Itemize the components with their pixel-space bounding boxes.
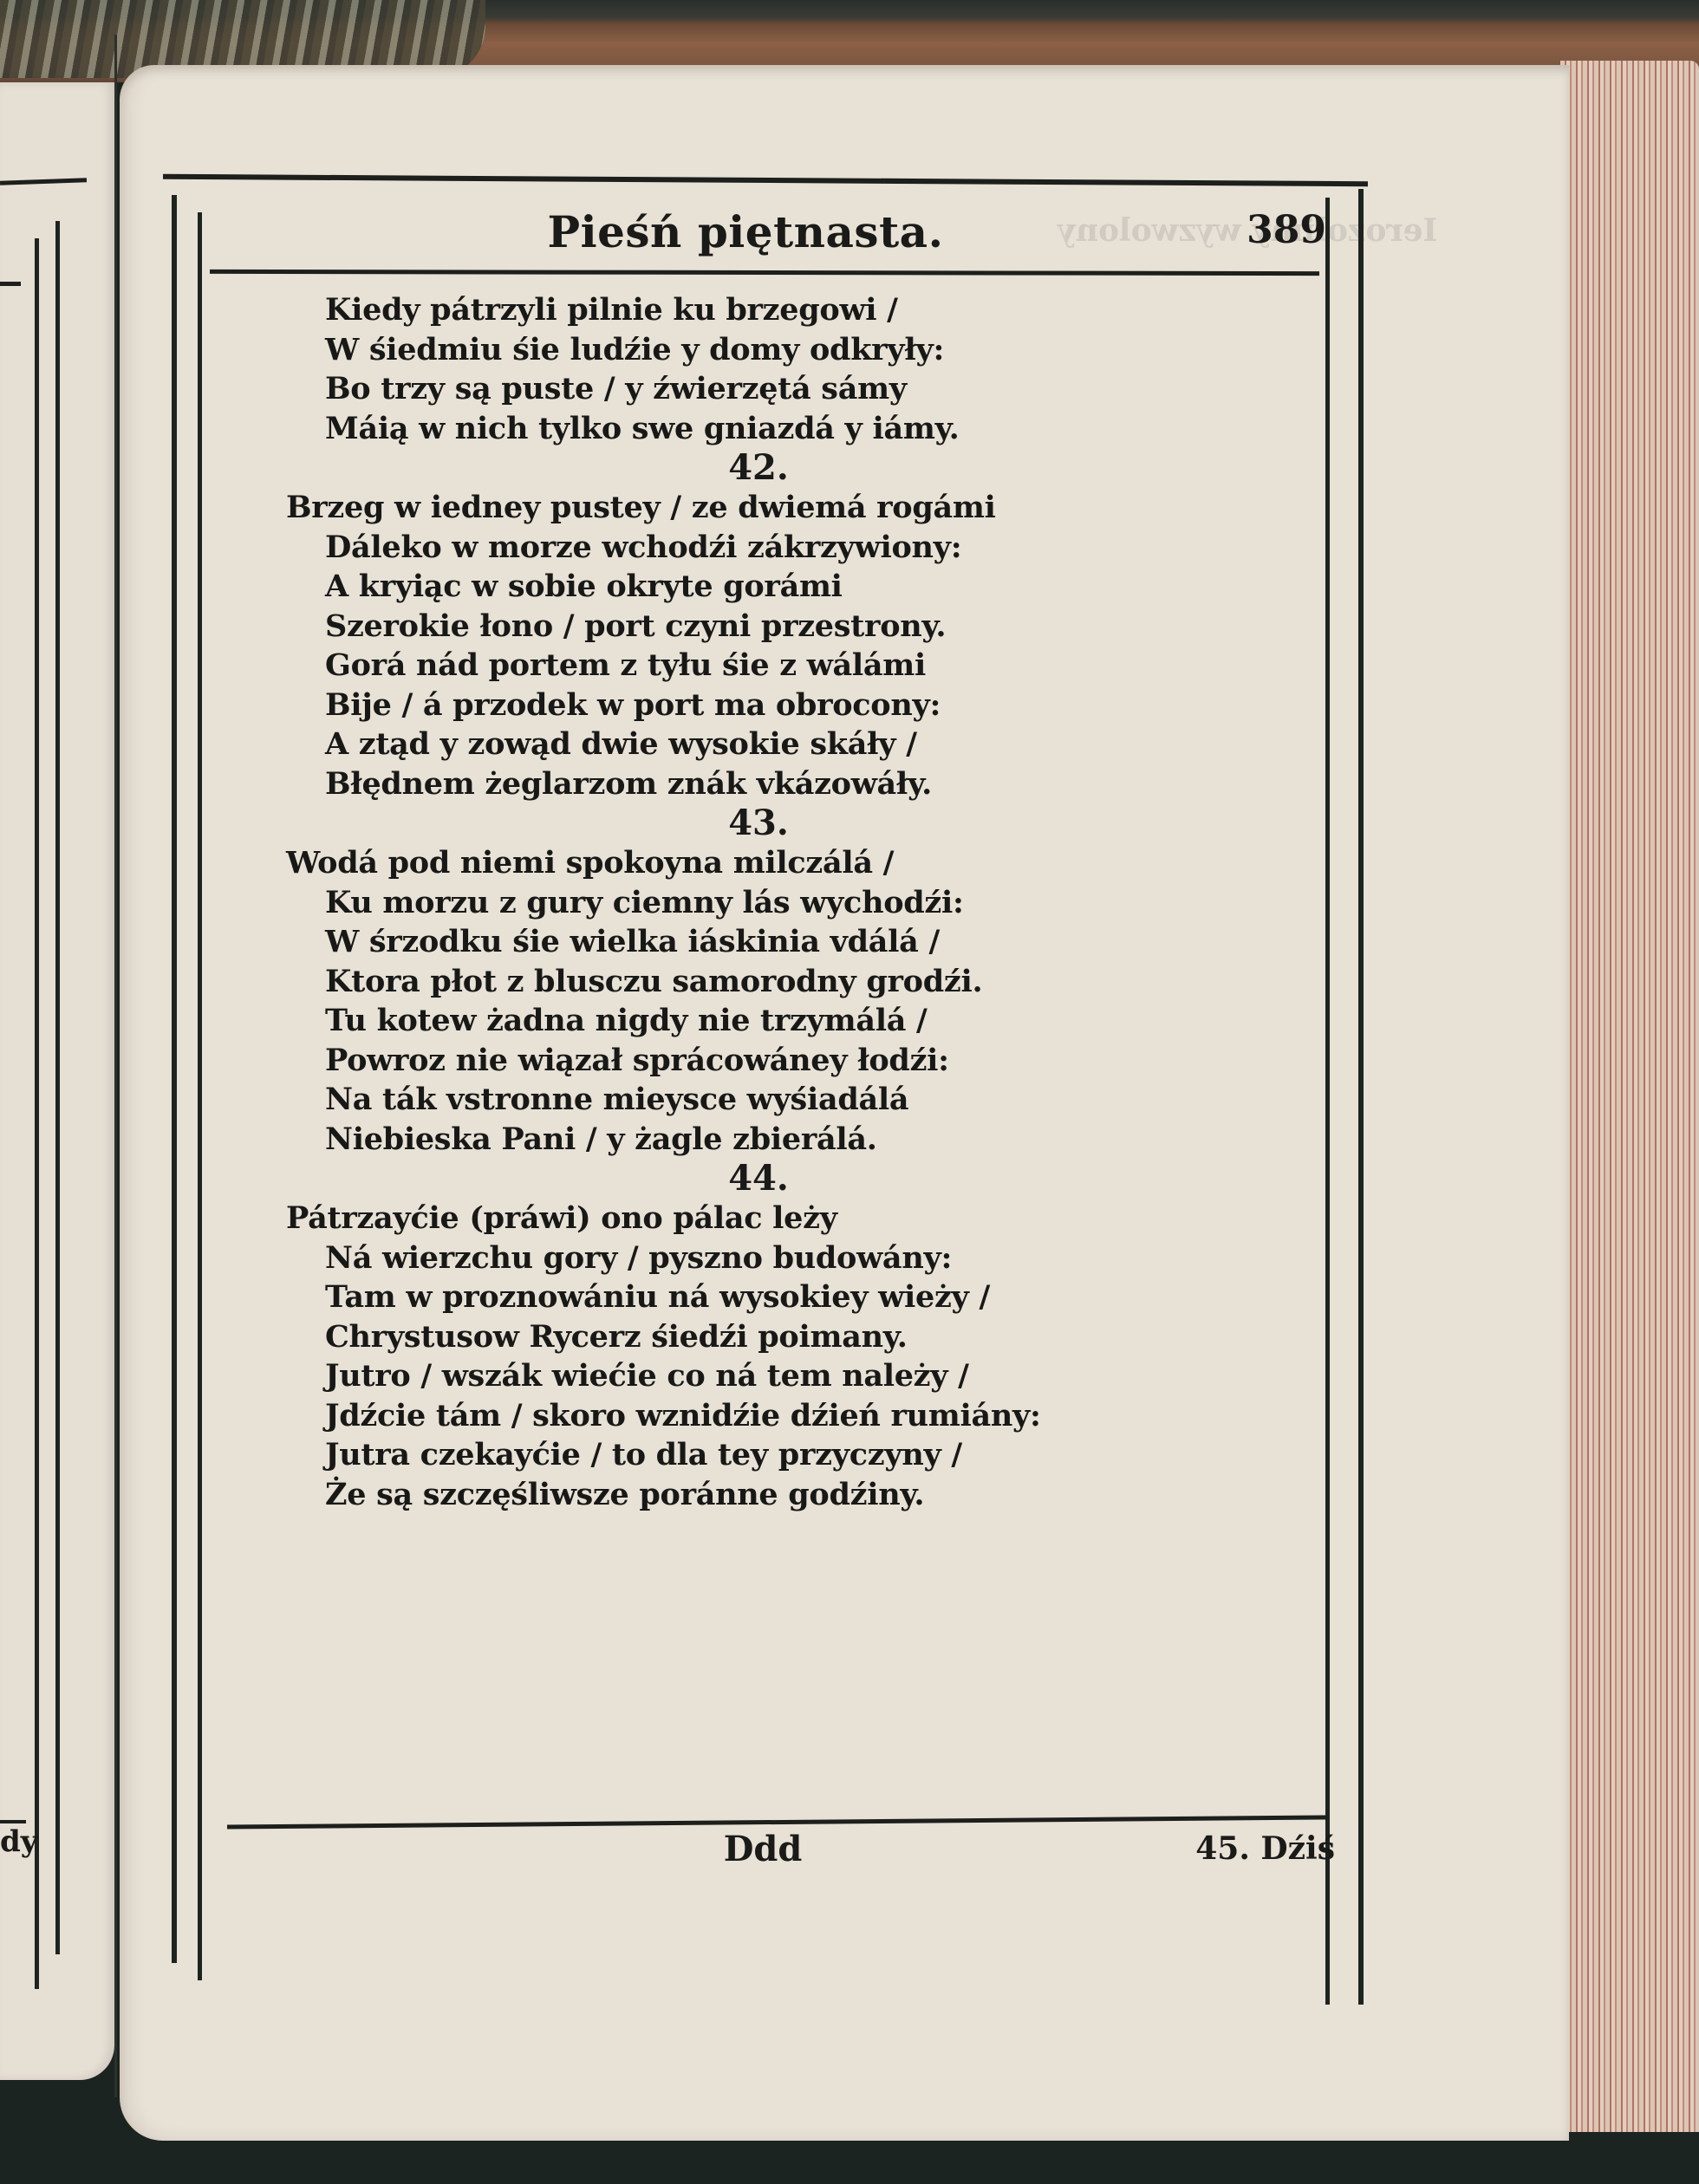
left-page-top-rule (0, 178, 87, 185)
verse-line: Máią w nich tylko swe gniazdá y iámy. (286, 409, 1309, 449)
verse-line: Szerokie łono / port czyni przestrony. (286, 607, 1309, 647)
left-page-heading-rule (0, 282, 21, 286)
stanza-42: 42. Brzeg w iedney pustey / ze dwiemá ro… (286, 448, 1309, 803)
stanza-number: 44. (208, 1159, 1309, 1199)
verse-line: Kiedy pátrzyli pilnie ku brzegowi / (286, 290, 1309, 330)
verse-line: W śiedmiu śie ludźie y domy odkryły: (286, 330, 1309, 370)
frame-left-outer-rule (172, 195, 177, 1963)
verse-line: A ztąd y zowąd dwie wysokie skáły / (286, 725, 1309, 764)
verse-line: Ku morzu z gury ciemny lás wychodźi: (286, 883, 1309, 923)
left-page-frame-rule-outer (35, 238, 39, 1989)
page-fore-edge (1560, 61, 1699, 2132)
verse-line: Że są szczęśliwsze poránne godźiny. (286, 1475, 1309, 1515)
verse-line: Brzeg w iedney pustey / ze dwiemá rogámi (286, 488, 1309, 528)
verse-line: Pátrzayćie (práwi) ono pálac leży (286, 1199, 1309, 1238)
verse-line: Jutra czekayćie / to dla tey przyczyny / (286, 1435, 1309, 1475)
verse-line: Powroz nie wiązał sprácowáney łodźi: (286, 1041, 1309, 1081)
left-page-catchword-fragment: dy (0, 1824, 35, 1859)
stanza-number: 43. (208, 803, 1309, 843)
frame-right-inner-rule (1325, 198, 1330, 2005)
left-page-bottom-rule (0, 1820, 26, 1823)
verse-line: W śrzodku śie wielka iáskinia vdálá / (286, 922, 1309, 962)
verse-line: Jdźcie tám / skoro wznidźie dźień rumián… (286, 1396, 1309, 1436)
verse-line: Dáleko w morze wchodźi zákrzywiony: (286, 528, 1309, 568)
gutter-crease (114, 35, 117, 2097)
stanza-continuation: Kiedy pátrzyli pilnie ku brzegowi / W śi… (286, 290, 1309, 448)
page-number: 389 (1240, 208, 1326, 252)
left-page-frame-rule-inner (55, 221, 60, 1954)
verse-line: Błędnem żeglarzom znák vkázowáły. (286, 764, 1309, 804)
verse-line: Tam w proznowániu ná wysokiey wieży / (286, 1277, 1309, 1317)
frame-right-outer-rule (1358, 189, 1364, 2005)
verse-line: Bije / á przodek w port ma obrocony: (286, 686, 1309, 725)
verse-line: Na ták vstronne mieysce wyśiadálá (286, 1080, 1309, 1120)
verse-text-block: Kiedy pátrzyli pilnie ku brzegowi / W śi… (286, 290, 1309, 1514)
verse-line: A kryiąc w sobie okryte gorámi (286, 567, 1309, 607)
signature-mark: Ddd (693, 1829, 832, 1869)
verse-line: Ná wierzchu gory / pyszno budowány: (286, 1238, 1309, 1278)
verse-line: Gorá nád portem z tyłu śie z wálámi (286, 646, 1309, 686)
verse-line: Wodá pod niemi spokoyna milczálá / (286, 843, 1309, 883)
stanza-number: 42. (208, 448, 1309, 488)
running-head-title: Pieśń piętnasta. (485, 206, 1006, 257)
catchword: 45. Dźiś (1162, 1830, 1335, 1867)
frame-left-inner-rule (198, 212, 202, 1980)
verse-line: Chrystusow Rycerz śiedźi poimany. (286, 1317, 1309, 1357)
verse-line: Niebieska Pani / y żagle zbierálá. (286, 1120, 1309, 1160)
verse-line: Jutro / wszák wiećie co ná tem należy / (286, 1356, 1309, 1396)
verse-line: Ktora płot z blusczu samorodny grodźi. (286, 962, 1309, 1002)
stanza-43: 43. Wodá pod niemi spokoyna milczálá / K… (286, 803, 1309, 1159)
verse-line: Bo trzy są puste / y źwierzętá sámy (286, 369, 1309, 409)
stanza-44: 44. Pátrzayćie (práwi) ono pálac leży Ná… (286, 1159, 1309, 1514)
verse-line: Tu kotew żadna nigdy nie trzymálá / (286, 1001, 1309, 1041)
left-facing-page: dy (0, 82, 114, 2080)
